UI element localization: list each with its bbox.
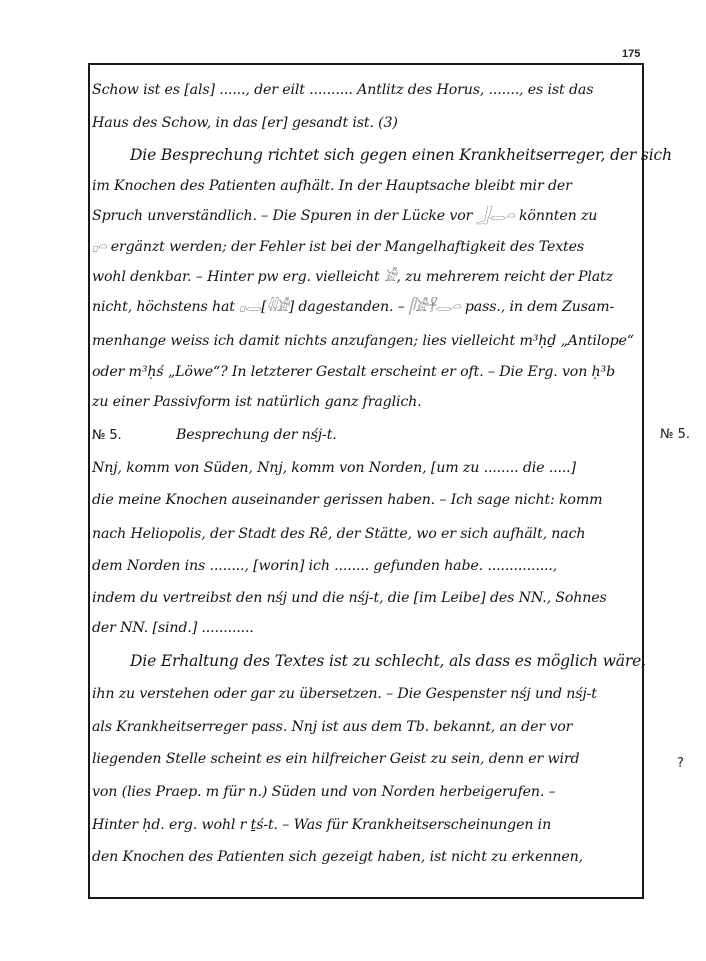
text-line-4: im Knochen des Patienten aufhält. In der…	[92, 176, 642, 196]
text-line-7: wohl denkbar. – Hinter pw erg. vielleich…	[92, 267, 642, 287]
text-line-6: 𓊪𓏏 ergänzt werden; der Fehler ist bei de…	[92, 237, 642, 257]
text-line-16: dem Norden ins ........, [worin] ich ...…	[92, 556, 642, 576]
margin-question-mark: ?	[677, 756, 684, 771]
section-title: Besprechung der nśj-t.	[176, 427, 337, 443]
text-line-14: die meine Knochen auseinander gerissen h…	[92, 490, 642, 510]
paragraph-start-line-2: Die Erhaltung des Textes ist zu schlecht…	[130, 651, 680, 671]
page-number: 175	[622, 48, 640, 60]
text-line-18: der NN. [sind.] ............	[92, 618, 642, 638]
text-line-11: zu einer Passivform ist natürlich ganz f…	[92, 392, 642, 412]
margin-section-number: № 5.	[660, 427, 690, 442]
text-line-20: ihn zu verstehen oder gar zu übersetzen.…	[92, 684, 642, 704]
text-line-21: als Krankheitserreger pass. Nnj ist aus …	[92, 717, 642, 737]
paragraph-start-line: Die Besprechung richtet sich gegen einen…	[130, 145, 680, 165]
text-line-15: nach Heliopolis, der Stadt des Rê, der S…	[92, 524, 642, 544]
section-number: № 5.	[92, 426, 176, 446]
text-line-25: den Knochen des Patienten sich gezeigt h…	[92, 847, 642, 867]
text-line-24: Hinter ḥd. erg. wohl r ṯś-t. – Was für K…	[92, 815, 642, 835]
text-line-13: Nnj, komm von Süden, Nnj, komm von Norde…	[92, 458, 642, 478]
text-line-10: oder m³ḥś „Löwe“? In letzterer Gestalt e…	[92, 362, 642, 382]
text-line-2: Haus des Schow, in das [er] gesandt ist.…	[92, 113, 642, 133]
section-heading: № 5.Besprechung der nśj-t.	[92, 425, 642, 446]
text-line-23: von (lies Praep. m für n.) Süden und von…	[92, 782, 642, 802]
text-line-9: menhange weiss ich damit nichts anzufang…	[92, 331, 642, 351]
text-line-8: nicht, höchstens hat 𓊪𓂋[𓇋𓇋𓀀] dagestanden…	[92, 297, 642, 317]
text-line-17: indem du vertreibst den nśj und die nśj-…	[92, 588, 642, 608]
text-line-1: Schow ist es [als] ......, der eilt ....…	[92, 80, 642, 100]
text-line-5: Spruch unverständlich. – Die Spuren in d…	[92, 206, 642, 226]
text-line-22: liegenden Stelle scheint es ein hilfreic…	[92, 749, 642, 769]
